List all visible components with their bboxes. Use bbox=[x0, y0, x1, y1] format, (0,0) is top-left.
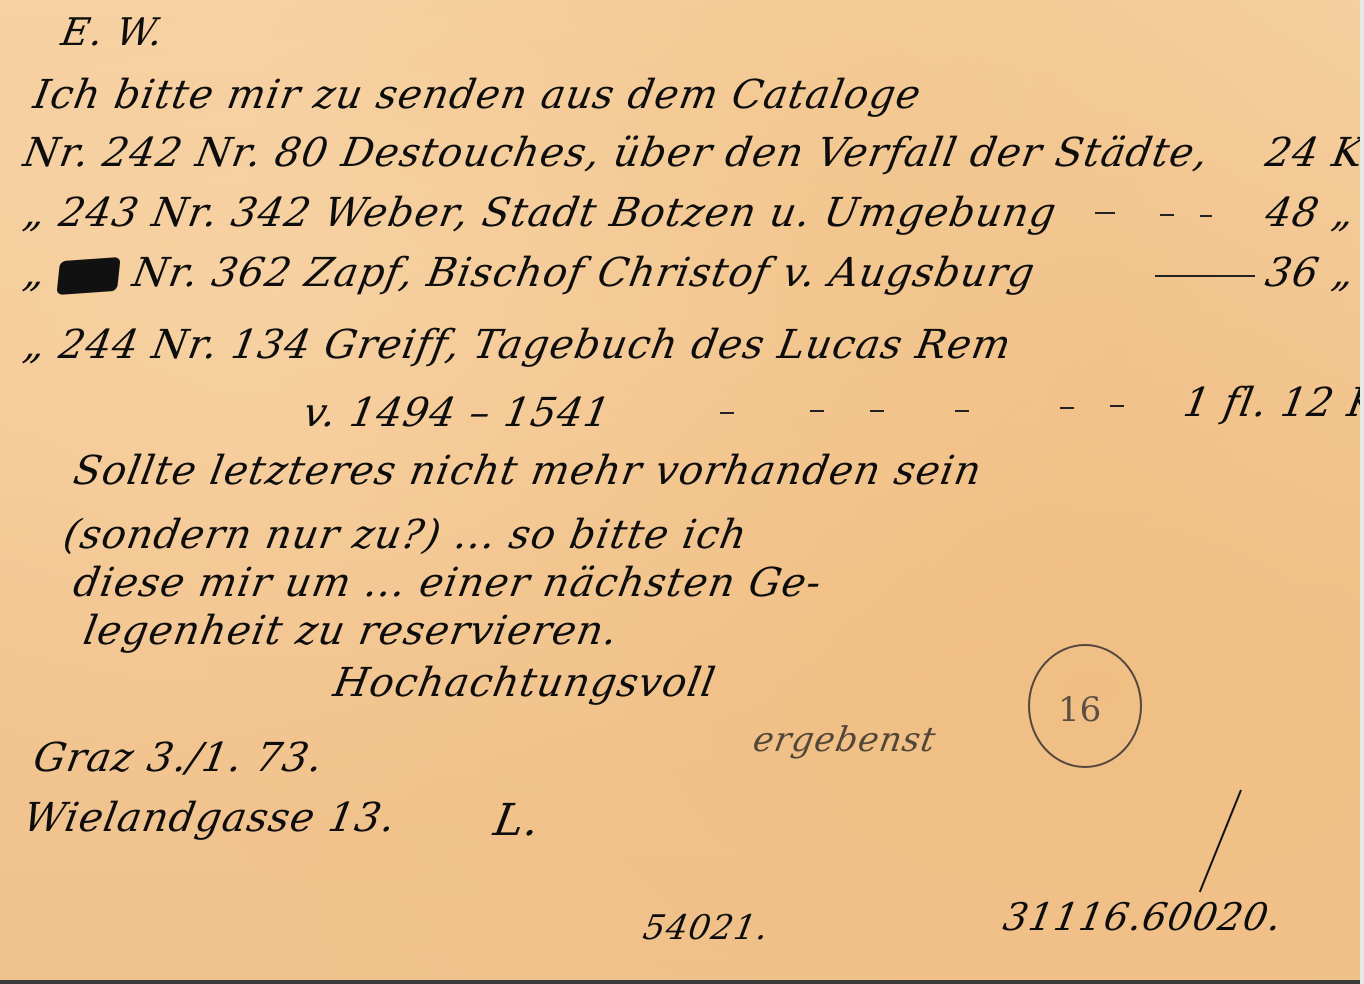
continuation-price: 1 fl. 12 Kr. bbox=[1180, 380, 1364, 426]
paragraph-line-1: Sollte letzteres nicht mehr vorhanden se… bbox=[70, 448, 985, 494]
greeting: E. W. bbox=[58, 10, 167, 54]
footer-number-left: 54021. bbox=[640, 908, 772, 948]
item-title: Zapf, Bischof Christof v. Augsburg bbox=[301, 250, 1038, 296]
item-title: Destouches, über den Verfall der Städte, bbox=[338, 130, 1212, 176]
order-row-1: Nr. 242 Nr. 80 Destouches, über den Verf… bbox=[20, 130, 1212, 176]
scan-edge-right bbox=[1360, 0, 1364, 984]
dash bbox=[1160, 214, 1174, 216]
scan-edge-bottom bbox=[0, 980, 1364, 984]
order-row-4: „ 244 Nr. 134 Greiff, Tagebuch des Lucas… bbox=[20, 322, 1015, 368]
order-price-3: 36 „ bbox=[1262, 250, 1358, 296]
catalog-number: 244 bbox=[55, 322, 142, 368]
address: Wielandgasse 13. bbox=[20, 795, 400, 841]
continuation-years: v. 1494 – 1541 bbox=[300, 390, 614, 436]
item-title: Greiff, Tagebuch des Lucas Rem bbox=[321, 322, 1015, 368]
postcard: E. W. Ich bitte mir zu senden aus dem Ca… bbox=[0, 0, 1364, 984]
stamp-number: 16 bbox=[1058, 690, 1101, 730]
order-row-3: „ Nr. 362 Zapf, Bischof Christof v. Augs… bbox=[20, 250, 1039, 296]
dash bbox=[955, 410, 969, 412]
paragraph-line-2: (sondern nur zu?) ... so bitte ich bbox=[60, 512, 751, 558]
footer-number-right: 31116.60020. bbox=[1000, 895, 1286, 939]
order-prefix: „ bbox=[20, 322, 50, 368]
order-prefix: „ bbox=[20, 250, 50, 296]
dash bbox=[810, 410, 824, 412]
dash bbox=[720, 412, 734, 414]
signature-faint: ergebenst bbox=[750, 720, 939, 760]
item-number: Nr. 134 bbox=[149, 322, 316, 368]
order-row-2: „ 243 Nr. 342 Weber, Stadt Botzen u. Umg… bbox=[20, 190, 1060, 236]
pen-stroke bbox=[1199, 790, 1242, 893]
order-prefix: Nr. bbox=[20, 130, 94, 176]
item-number: Nr. 80 bbox=[192, 130, 332, 176]
place-date: Graz 3./1. 73. bbox=[30, 735, 327, 781]
dash bbox=[1060, 407, 1074, 409]
order-prefix: „ bbox=[20, 190, 50, 236]
item-title: Weber, Stadt Botzen u. Umgebung bbox=[321, 190, 1060, 236]
paragraph-line-3: diese mir um ... einer nächsten Ge- bbox=[70, 560, 825, 606]
dash bbox=[870, 410, 884, 412]
closing: Hochachtungsvoll bbox=[330, 660, 719, 706]
paragraph-line-4: legenheit zu reservieren. bbox=[80, 608, 622, 654]
order-price-2: 48 „ bbox=[1262, 190, 1358, 236]
dash bbox=[1155, 275, 1255, 277]
item-number: Nr. 342 bbox=[149, 190, 316, 236]
catalog-number: 243 bbox=[55, 190, 142, 236]
dash bbox=[1110, 405, 1124, 407]
item-number: Nr. 362 bbox=[129, 250, 296, 296]
catalog-number: 242 bbox=[99, 130, 186, 176]
crossed-out-mark bbox=[57, 257, 121, 295]
order-price-1: 24 Kr. bbox=[1262, 130, 1364, 176]
signature-initial: L. bbox=[490, 795, 544, 846]
body-intro: Ich bitte mir zu senden aus dem Cataloge bbox=[30, 72, 925, 118]
dash bbox=[1095, 212, 1115, 214]
dash bbox=[1200, 215, 1212, 217]
